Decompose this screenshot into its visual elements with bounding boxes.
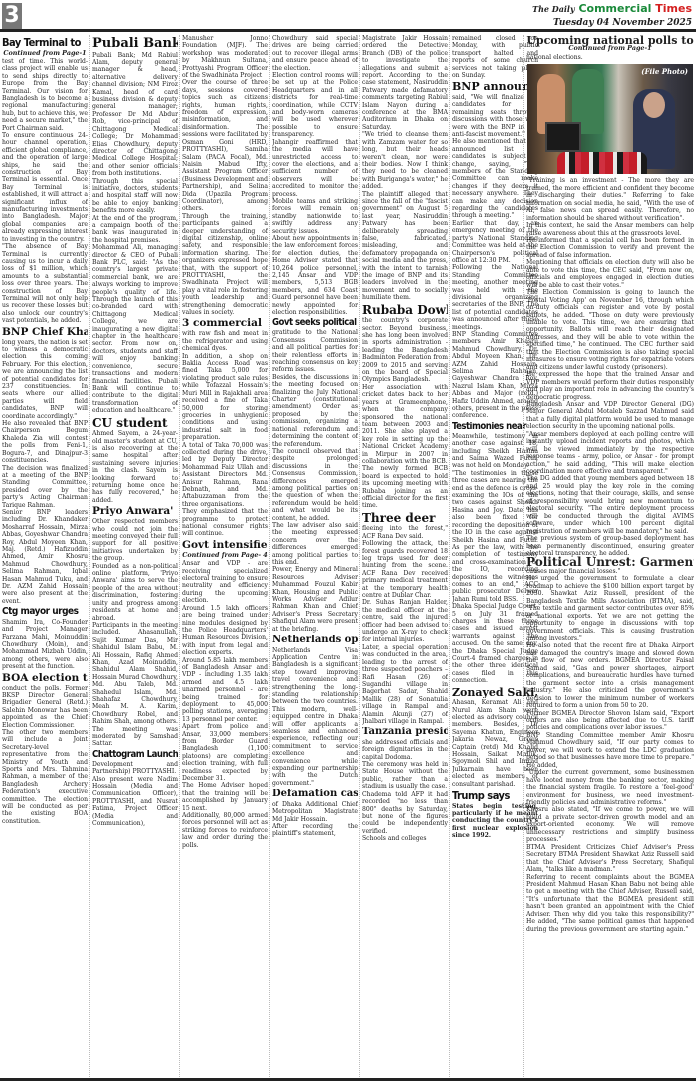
continued-label: Continued from Page-1 xyxy=(2,50,88,57)
article-paragraph: Referring to recent complaints about the… xyxy=(526,874,694,934)
article-headline: 3 commercial xyxy=(182,318,268,329)
article-body-2: causes major financial losses."He urged … xyxy=(526,568,694,933)
article-paragraph: After recording the plaintiff's statemen… xyxy=(272,823,358,838)
article-paragraph: Later, a special operation was conducted… xyxy=(362,644,448,725)
article-paragraph: He urged the government to formulate a c… xyxy=(526,575,694,642)
article-paragraph: Netherlands Visa Application Centre in B… xyxy=(272,647,358,788)
article-headline: Netherlands opens xyxy=(272,635,358,646)
article-paragraph: Her association with cricket dates back … xyxy=(362,384,448,465)
article-paragraph: with raw fish and meat in the refrigerat… xyxy=(182,330,268,352)
article-paragraph: she addressed officials and foreign dign… xyxy=(362,739,448,761)
article-paragraph: The previous system of group-based deplo… xyxy=(526,535,694,557)
article-paragraph: "The absence of Bay Terminal is currentl… xyxy=(2,243,88,324)
article-paragraph: He also noted that the recent fire at Dh… xyxy=(526,642,694,709)
article-paragraph: gratitude to the National Consensus Comm… xyxy=(272,329,358,373)
article-paragraph: Pubali Bank; Md Rabiul Alam, deputy gene… xyxy=(92,52,178,178)
article-paragraph: Additionally, 80,000 armed forces person… xyxy=(182,812,268,849)
article-paragraph: The newly formed BCB board is expected t… xyxy=(362,465,448,509)
brand-commercial: Commercial xyxy=(578,2,651,15)
article-headline: Priyo Anwara' xyxy=(92,506,178,517)
article-paragraph: Shamim Ira, Co-Founder and Project Manag… xyxy=(2,619,88,671)
article-paragraph: The other two members will include a Joi… xyxy=(2,729,88,825)
article-paragraph: In addition, a shop on Baklia Access Roa… xyxy=(182,353,268,442)
article-headline: BNP Chief Khaleda xyxy=(2,327,88,338)
brand-the: The Daily xyxy=(532,4,575,14)
article-paragraph: "Training is an investment - The more th… xyxy=(526,177,694,222)
article-paragraph: Election control rooms will be set up at… xyxy=(272,72,358,139)
article-paragraph: Participants in the meeting included. Ah… xyxy=(92,622,178,748)
article-paragraph: Through this special initiative, doctors… xyxy=(92,178,178,215)
article-paragraph: Following the attack, the forest guards … xyxy=(362,540,448,599)
photo-microphones xyxy=(557,152,647,174)
masthead: 3 The Daily Commercial Times Tuesday 04 … xyxy=(0,0,696,32)
article-headline: Ctg mayor urges xyxy=(2,607,88,618)
lead-text: national elections. xyxy=(526,54,694,61)
article-paragraph: BNP Standing Committee member Amir Khosr… xyxy=(526,732,694,769)
column-4: Chowdhury said special drives are being … xyxy=(272,35,358,1077)
article-paragraph: Ahmed Sayem, a 24-year-old master's stud… xyxy=(92,430,178,504)
article-paragraph: Apart from police and Ansar, 33,000 memb… xyxy=(182,723,268,782)
article-paragraph: the country's corporate sector. Beyond b… xyxy=(362,317,448,384)
article-paragraph: The council observed that despite prolon… xyxy=(272,448,358,522)
article-paragraph: Manusher Jonno Foundation (MJF). The wor… xyxy=(182,35,268,79)
article-paragraph: Around 1.5 lakh officers are being train… xyxy=(182,605,268,657)
article-paragraph: He also revealed that BNP Chairperson Be… xyxy=(2,420,88,464)
article-paragraph: Jahangir reaffirmed that the media will … xyxy=(272,139,358,198)
article-paragraph: The ceremony was held in State House wit… xyxy=(362,761,448,791)
page-number: 3 xyxy=(2,3,22,29)
article-paragraph: The plaintiff alleged that since the fal… xyxy=(362,191,448,302)
photo-frame xyxy=(545,122,581,152)
article-headline: Govt intensifies xyxy=(182,540,268,551)
article-paragraph: The decision was finalized at a meeting … xyxy=(2,465,88,509)
newspaper-brand: The Daily Commercial Times Tuesday 04 No… xyxy=(532,2,692,30)
article-paragraph: of Dhaka Additional Chief Metropolitan M… xyxy=(272,801,358,823)
article-headline: Bay Terminal to xyxy=(2,37,88,49)
news-photo: (File Photo) xyxy=(527,64,693,174)
article-paragraph: They emphasized that the programme to pr… xyxy=(182,508,268,538)
article-paragraph: Other respected members who could not jo… xyxy=(92,518,178,562)
footer-rule xyxy=(0,1078,696,1081)
article-paragraph: Senior BNP leaders including Dr. Khandak… xyxy=(2,509,88,605)
article-paragraph: He informed that a special cell has been… xyxy=(526,237,694,259)
article-paragraph: He expressed the hope that the trained A… xyxy=(526,371,694,401)
article-paragraph: Mohammad Ali, managing director & CEO of… xyxy=(92,244,178,414)
article-paragraph: Mentioning that officials on election du… xyxy=(526,259,694,289)
article-paragraph: Chowdhury said special drives are being … xyxy=(272,35,358,72)
article-headline: Defamation case xyxy=(272,789,358,800)
article-paragraph: Also present were Nadim Hossain (Media a… xyxy=(92,776,178,828)
column-divider xyxy=(523,35,524,1077)
article-paragraph: The Election Commission is going to laun… xyxy=(526,289,694,371)
column-divider xyxy=(179,35,180,1077)
article-paragraph: Besides, the discussions in the meeting … xyxy=(272,374,358,448)
column-5: Magistrate Jakir Hossain ordered the Det… xyxy=(362,35,448,1077)
article-paragraph: Khosru also stated, "If we come to power… xyxy=(526,806,694,843)
brand-times: Times xyxy=(655,2,692,15)
article-paragraph: Bangladesh Ansar and VDP Director Genera… xyxy=(526,401,694,431)
article-paragraph: About new appointments in the law enforc… xyxy=(272,235,358,316)
article-paragraph: Mobile teams and striking forces will re… xyxy=(272,198,358,235)
article-paragraph: Schools and colleges xyxy=(362,835,448,842)
article-paragraph: The law adviser also said the meeting ex… xyxy=(272,522,358,566)
article-paragraph: causes major financial losses." xyxy=(526,568,694,575)
column-3: Manusher Jonno Foundation (MJF). The wor… xyxy=(182,35,268,1077)
article-paragraph: Former BGMEA Director Shovon Islam said,… xyxy=(526,710,694,732)
article-paragraph: fleeing into the forest," ACF Rana Dev s… xyxy=(362,525,448,540)
right-column-article: Upcoming national polls to Continued fro… xyxy=(526,35,694,1077)
article-paragraph: A total of Taka 70,000 was collected dur… xyxy=(182,442,268,509)
article-paragraph: Through the training, participants gaine… xyxy=(182,213,268,317)
article-paragraph: At the end of the program, a campaign bo… xyxy=(92,215,178,245)
article-paragraph: Power, Energy and Mineral Resources Advi… xyxy=(272,566,358,633)
article-paragraph: The Home Adviser hoped that the training… xyxy=(182,782,268,812)
column-divider xyxy=(359,35,360,1077)
article-paragraph: Chadema told AFP it had recorded "no les… xyxy=(362,791,448,835)
article-paragraph: "Under the current government, some busi… xyxy=(526,769,694,806)
article-headline: Govt seeks political xyxy=(272,318,358,328)
article-headline: Tanzania president xyxy=(362,727,448,738)
headline-upcoming-polls: Upcoming national polls to xyxy=(526,37,694,44)
column-1: Bay Terminal toContinued from Page-1test… xyxy=(2,35,88,1077)
article-paragraph: Around 5.85 lakh members of Bangladesh A… xyxy=(182,657,268,724)
column-divider xyxy=(269,35,270,1077)
article-paragraph: Dr. Suhas Ranjan Halder, the medical off… xyxy=(362,599,448,643)
brand-title: The Daily Commercial Times xyxy=(532,2,692,16)
issue-date: Tuesday 04 November 2025 xyxy=(532,16,692,30)
article-headline: Three deer xyxy=(362,512,448,525)
article-paragraph: Magistrate Jakir Hossain ordered the Det… xyxy=(362,35,448,131)
article-paragraph: "We tried to cleanse them with Zamzam wa… xyxy=(362,131,448,190)
article-paragraph: BTMA President Criticizes Chief Adviser'… xyxy=(526,844,694,874)
article-paragraph: "Ansar members deployed at each polling … xyxy=(526,431,694,476)
article-headline: Chattogram Launches xyxy=(92,750,178,760)
photo-credit: (File Photo) xyxy=(641,68,688,75)
article-paragraph: Founded as a non-political online platfo… xyxy=(92,563,178,622)
continued-label: Continued from Page- 4 xyxy=(182,552,268,559)
article-paragraph: The DG added that young members aged bet… xyxy=(526,475,694,535)
article-paragraph: In this context, he said the Ansar membe… xyxy=(526,222,694,237)
article-paragraph: Ansar and VDP - are receiving specialize… xyxy=(182,560,268,604)
headline-political-unrest: Political Unrest: Garment xyxy=(526,559,694,566)
column-2: Pubali BankPubali Bank; Md Rabiul Alam, … xyxy=(92,35,178,1077)
article-paragraph: test of time. This world-class project w… xyxy=(2,58,88,132)
article-paragraph: To ensure continuous 24-hour channel ope… xyxy=(2,132,88,243)
column-divider xyxy=(89,35,90,1077)
article-headline: BOA election to xyxy=(2,673,88,684)
article-headline: CU student xyxy=(92,417,178,430)
article-paragraph: conduct the polls. Former BKSP Director … xyxy=(2,685,88,729)
article-paragraph: Over the course of three days, sessions … xyxy=(182,79,268,212)
article-headline: Pubali Bank xyxy=(92,37,178,51)
column-divider xyxy=(449,35,450,1077)
article-paragraph: long years, the nation is set to witness… xyxy=(2,339,88,420)
article-body-1: "Training is an investment - The more th… xyxy=(526,177,694,557)
article-headline: Rubaba Dowla xyxy=(362,304,448,317)
article-paragraph: Development and Partnership) PROTTYASHI. xyxy=(92,761,178,776)
